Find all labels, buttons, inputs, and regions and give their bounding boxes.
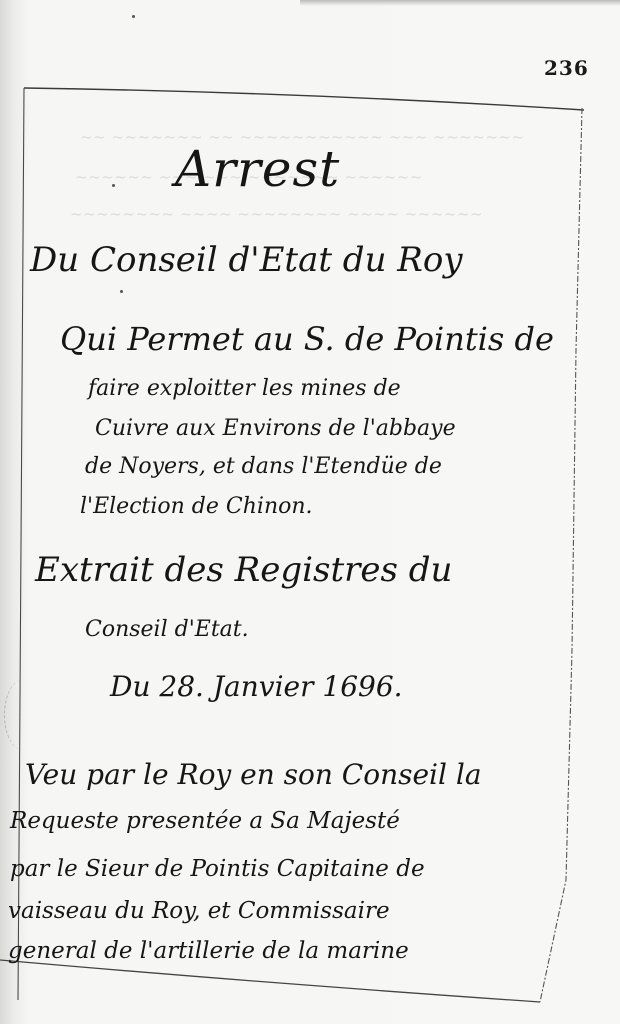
extract-heading-2: Conseil d'Etat. (85, 617, 249, 642)
summary-line-2: faire exploitter les mines de (88, 376, 401, 401)
body-line-2: Requeste presentée a Sa Majesté (10, 808, 400, 834)
document-subtitle: Du Conseil d'Etat du Roy (30, 240, 463, 280)
body-line-4: vaisseau du Roy, et Commissaire (8, 898, 390, 924)
summary-line-4: de Noyers, et dans l'Etendüe de (85, 454, 442, 479)
extract-heading: Extrait des Registres du (35, 550, 452, 590)
body-line-1: Veu par le Roy en son Conseil la (25, 758, 482, 791)
stamp-mark (4, 680, 41, 750)
paper-speck (112, 184, 115, 187)
date-line: Du 28. Janvier 1696. (110, 670, 403, 703)
document-title: Arrest (175, 140, 340, 198)
body-line-3: par le Sieur de Pointis Capitaine de (10, 856, 425, 882)
paper-speck (120, 290, 123, 293)
paper-speck (132, 15, 135, 18)
summary-line-5: l'Election de Chinon. (80, 494, 313, 519)
body-line-5: general de l'artillerie de la marine (8, 938, 409, 964)
summary-line-1: Qui Permet au S. de Pointis de (60, 320, 554, 358)
summary-line-3: Cuivre aux Environs de l'abbaye (95, 416, 456, 441)
manuscript-page: ~~ ~~~~~~~ ~~ ~~~~~~~~~~~ ~~~ ~~~~~~~ ~~… (0, 0, 620, 1024)
